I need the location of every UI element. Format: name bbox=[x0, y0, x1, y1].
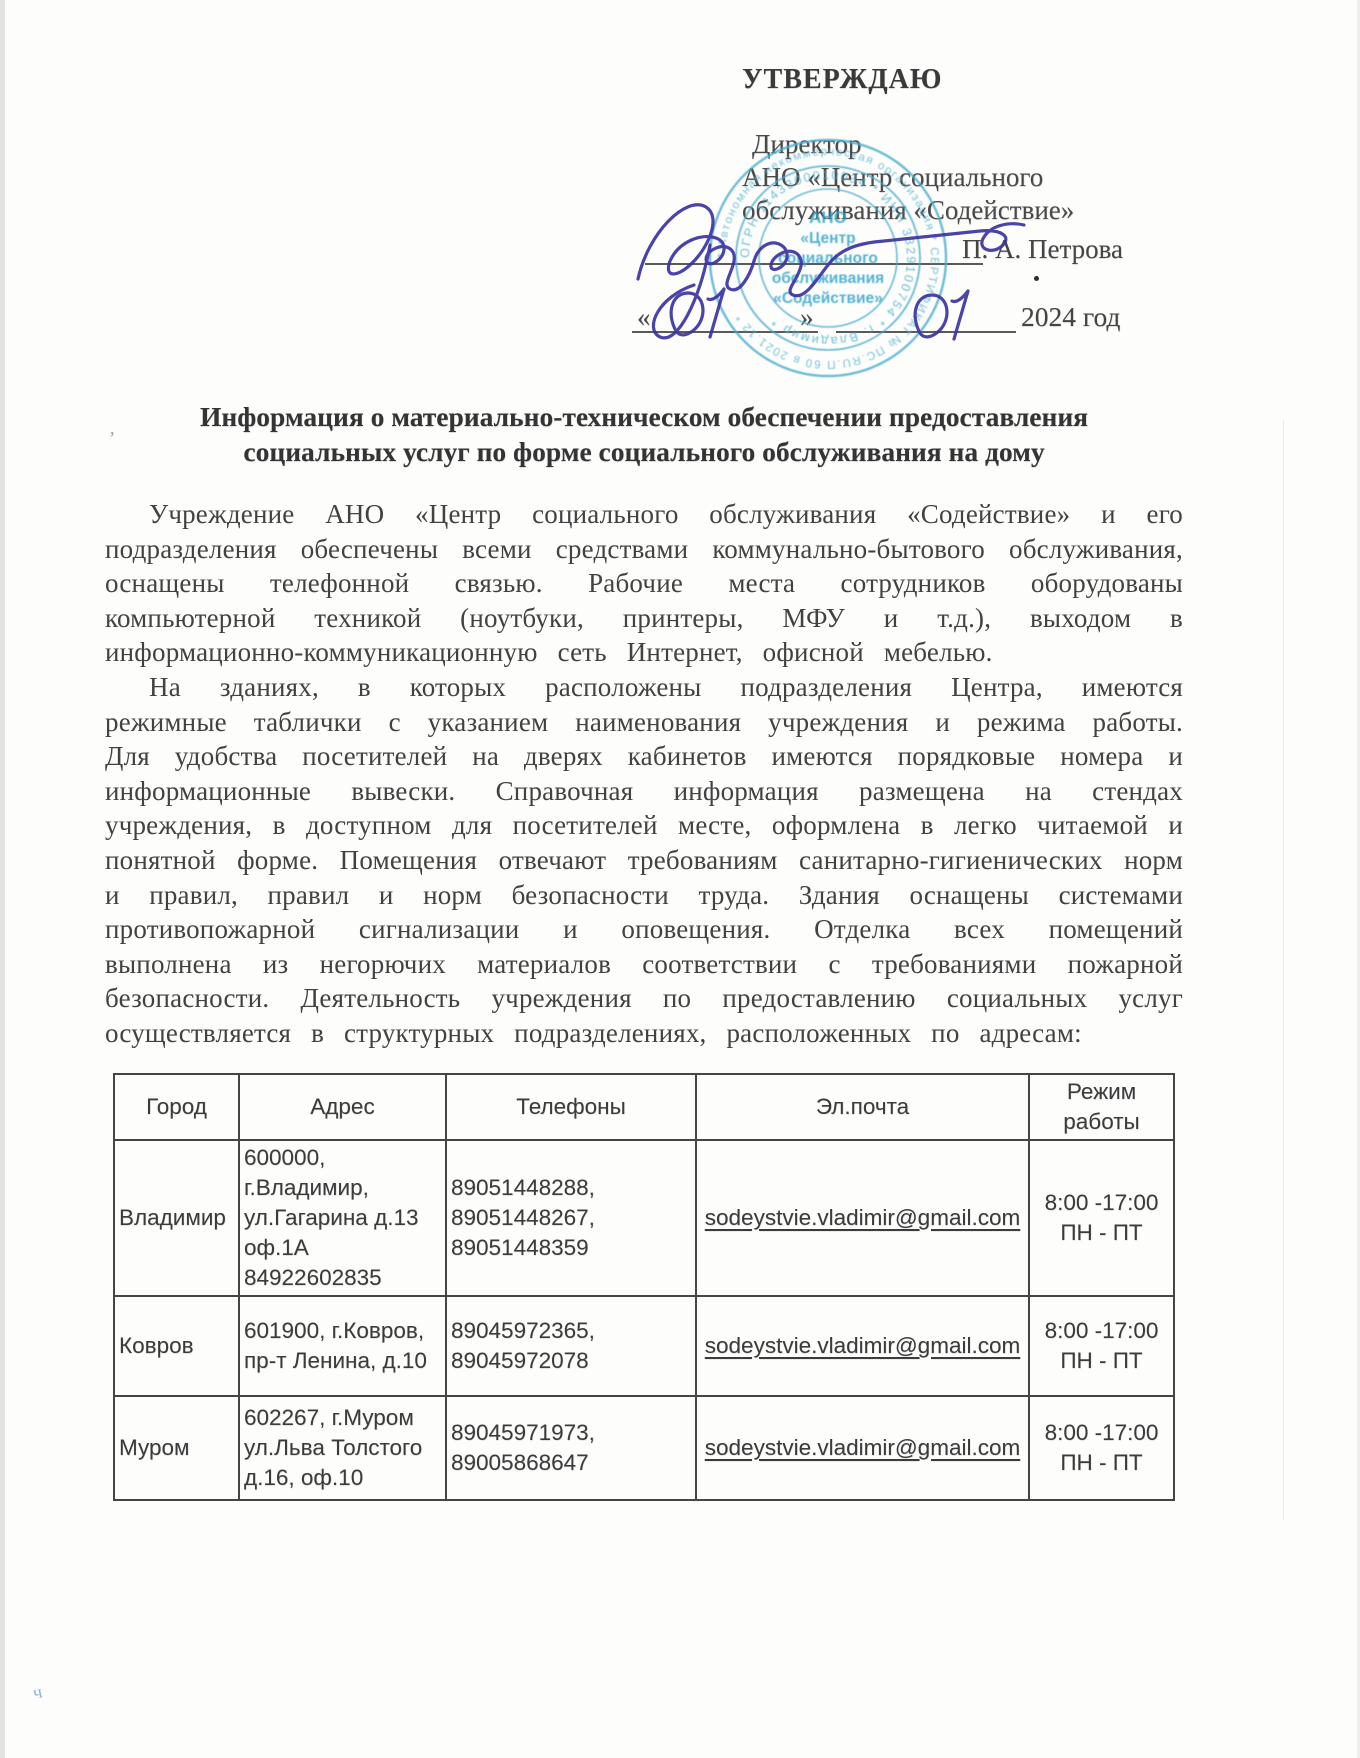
table-row: Муром 602267, г.Муром ул.Льва Толстого д… bbox=[114, 1396, 1174, 1500]
cell-city: Владимир bbox=[114, 1140, 239, 1296]
col-header-phones: Телефоны bbox=[446, 1074, 696, 1140]
table-row: Ковров 601900, г.Ковров, пр-т Ленина, д.… bbox=[114, 1296, 1174, 1396]
paragraph-premises: На зданиях, в которых расположены подраз… bbox=[105, 670, 1183, 1051]
document-body: Учреждение АНО «Центр социального обслуж… bbox=[105, 497, 1183, 1051]
handwritten-month bbox=[915, 291, 968, 339]
cell-phones: 89045972365, 89045972078 bbox=[446, 1296, 696, 1396]
cell-city: Муром bbox=[114, 1396, 239, 1500]
cell-address: 601900, г.Ковров, пр-т Ленина, д.10 bbox=[239, 1296, 446, 1396]
col-header-city: Город bbox=[114, 1074, 239, 1140]
scan-edge-shadow bbox=[0, 0, 5, 1758]
document-title: Информация о материально-техническом обе… bbox=[105, 399, 1183, 469]
document-page: УТВЕРЖДАЮ Директор АНО «Центр социальног… bbox=[0, 0, 1360, 1758]
cell-schedule: 8:00 -17:00 ПН - ПТ bbox=[1029, 1140, 1174, 1296]
table-row: Владимир 600000, г.Владимир, ул.Гагарина… bbox=[114, 1140, 1174, 1296]
cell-address: 600000, г.Владимир, ул.Гагарина д.13 оф.… bbox=[239, 1140, 446, 1296]
cell-phones: 89045971973, 89005868647 bbox=[446, 1396, 696, 1500]
scan-artifact-line bbox=[1283, 420, 1284, 1520]
cell-city: Ковров bbox=[114, 1296, 239, 1396]
scan-pen-mark: ч bbox=[31, 1681, 44, 1703]
table-header-row: Город Адрес Телефоны Эл.почта Режим рабо… bbox=[114, 1074, 1174, 1140]
cell-email: sodeystvie.vladimir@gmail.com bbox=[696, 1296, 1029, 1396]
col-header-email: Эл.почта bbox=[696, 1074, 1029, 1140]
branches-table: Город Адрес Телефоны Эл.почта Режим рабо… bbox=[113, 1073, 1175, 1501]
title-line-1: Информация о материально-техническом обе… bbox=[105, 399, 1183, 434]
cell-schedule: 8:00 -17:00 ПН - ПТ bbox=[1029, 1396, 1174, 1500]
cell-schedule: 8:00 -17:00 ПН - ПТ bbox=[1029, 1296, 1174, 1396]
cell-address: 602267, г.Муром ул.Льва Толстого д.16, о… bbox=[239, 1396, 446, 1500]
signature-stroke-descender bbox=[653, 245, 710, 338]
signature bbox=[600, 183, 1160, 363]
col-header-schedule: Режим работы bbox=[1029, 1074, 1174, 1140]
signature-stroke-main bbox=[638, 205, 1024, 296]
cell-email: sodeystvie.vladimir@gmail.com bbox=[696, 1140, 1029, 1296]
cell-email: sodeystvie.vladimir@gmail.com bbox=[696, 1396, 1029, 1500]
col-header-address: Адрес bbox=[239, 1074, 446, 1140]
paragraph-equipment: Учреждение АНО «Центр социального обслуж… bbox=[105, 497, 1183, 670]
approve-label: УТВЕРЖДАЮ bbox=[742, 64, 942, 96]
scan-speck: , bbox=[110, 418, 115, 439]
cell-phones: 89051448288, 89051448267, 89051448359 bbox=[446, 1140, 696, 1296]
title-line-2: социальных услуг по форме социального об… bbox=[105, 434, 1183, 469]
